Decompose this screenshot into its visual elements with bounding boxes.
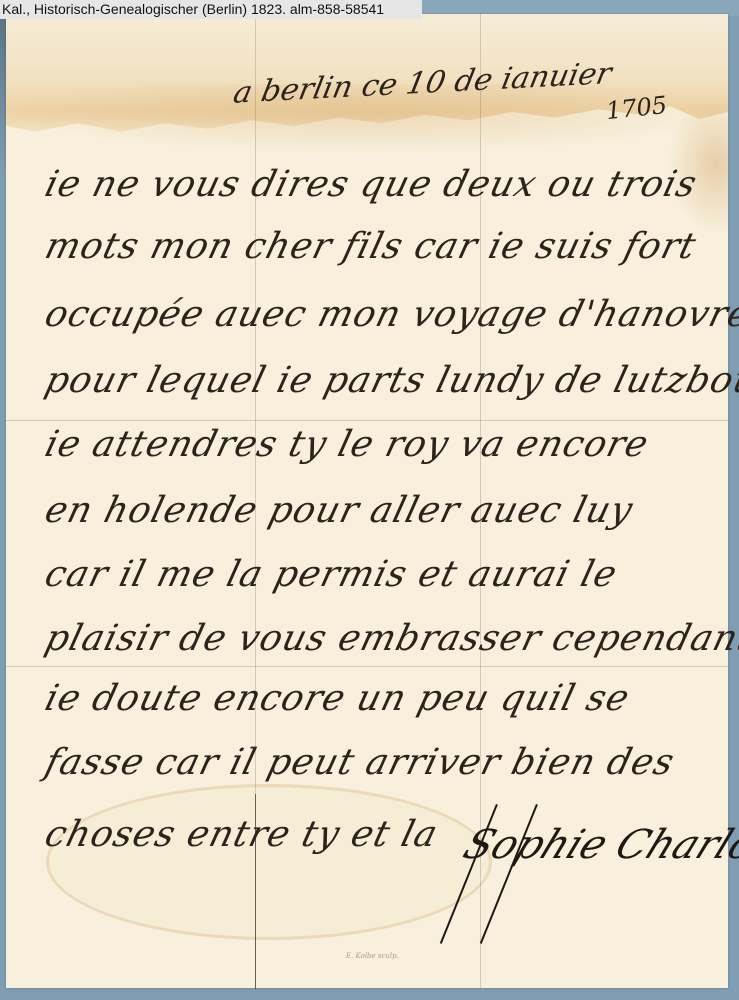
letter-line: ie attendres ty le roy va encore bbox=[41, 424, 713, 465]
letter-sheet: a berlin ce 10 de ianuier 1705 ie ne vou… bbox=[6, 14, 728, 988]
image-caption: Kal., Historisch-Genealogischer (Berlin)… bbox=[0, 0, 422, 19]
water-stain-bottom bbox=[46, 784, 492, 940]
fold-line-horizontal-2 bbox=[6, 666, 728, 667]
letter-line: car il me la permis et aurai le bbox=[41, 554, 713, 595]
letter-line: ie ne vous dires que deux ou trois bbox=[41, 164, 713, 205]
letter-line: pour lequel ie parts lundy de lutzbourg bbox=[41, 360, 713, 401]
letter-line: en holende pour aller auec luy bbox=[41, 490, 713, 531]
letter-line: plaisir de vous embrasser cependant bbox=[41, 618, 713, 659]
signature: Sophie Charlotte bbox=[457, 822, 739, 868]
letter-line: ie doute encore un peu quil se bbox=[41, 678, 713, 719]
letter-line: occupée auec mon voyage d'hanovre bbox=[41, 294, 713, 335]
letter-line: mots mon cher fils car ie suis fort bbox=[41, 226, 713, 267]
letter-line: fasse car il peut arriver bien des bbox=[41, 742, 713, 783]
engraver-credit: E. Kolbe sculp. bbox=[346, 952, 399, 960]
fold-line-horizontal-1 bbox=[6, 420, 728, 421]
